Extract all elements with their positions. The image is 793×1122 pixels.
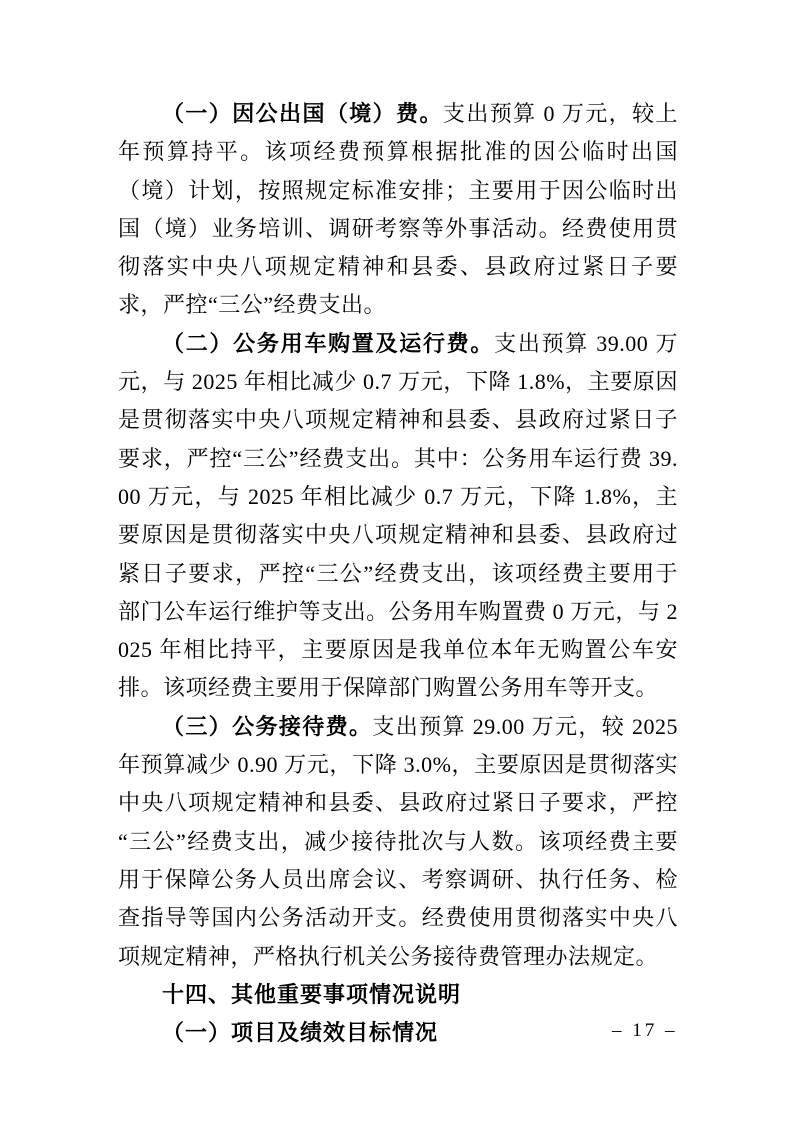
page-number: – 17 – bbox=[612, 1020, 678, 1042]
paragraph-lead: （一）因公出国（境）费。 bbox=[162, 101, 443, 126]
document-page: （一）因公出国（境）费。支出预算 0 万元，较上年预算持平。该项经费预算根据批准… bbox=[0, 0, 793, 1122]
section-heading-other-important-matters: 十四、其他重要事项情况说明 bbox=[118, 976, 678, 1014]
paragraph-body: 支出预算 29.00 万元，较 2025 年预算减少 0.90 万元，下降 3.… bbox=[118, 714, 678, 969]
expense-paragraph-official-reception: （三）公务接待费。支出预算 29.00 万元，较 2025 年预算减少 0.90… bbox=[118, 708, 678, 976]
paragraph-body: 支出预算 0 万元，较上年预算持平。该项经费预算根据批准的因公临时出国（境）计划… bbox=[118, 101, 678, 317]
document-content: （一）因公出国（境）费。支出预算 0 万元，较上年预算持平。该项经费预算根据批准… bbox=[118, 95, 678, 1052]
paragraph-lead: （二）公务用车购置及运行费。 bbox=[162, 331, 494, 356]
sub-heading-project-performance-targets: （一）项目及绩效目标情况 bbox=[118, 1014, 678, 1052]
expense-paragraph-official-travel-abroad: （一）因公出国（境）费。支出预算 0 万元，较上年预算持平。该项经费预算根据批准… bbox=[118, 95, 678, 325]
paragraph-body: 支出预算 39.00 万元，与 2025 年相比减少 0.7 万元，下降 1.8… bbox=[118, 331, 678, 701]
paragraph-lead: （三）公务接待费。 bbox=[162, 714, 372, 739]
expense-paragraph-official-vehicles: （二）公务用车购置及运行费。支出预算 39.00 万元，与 2025 年相比减少… bbox=[118, 325, 678, 708]
